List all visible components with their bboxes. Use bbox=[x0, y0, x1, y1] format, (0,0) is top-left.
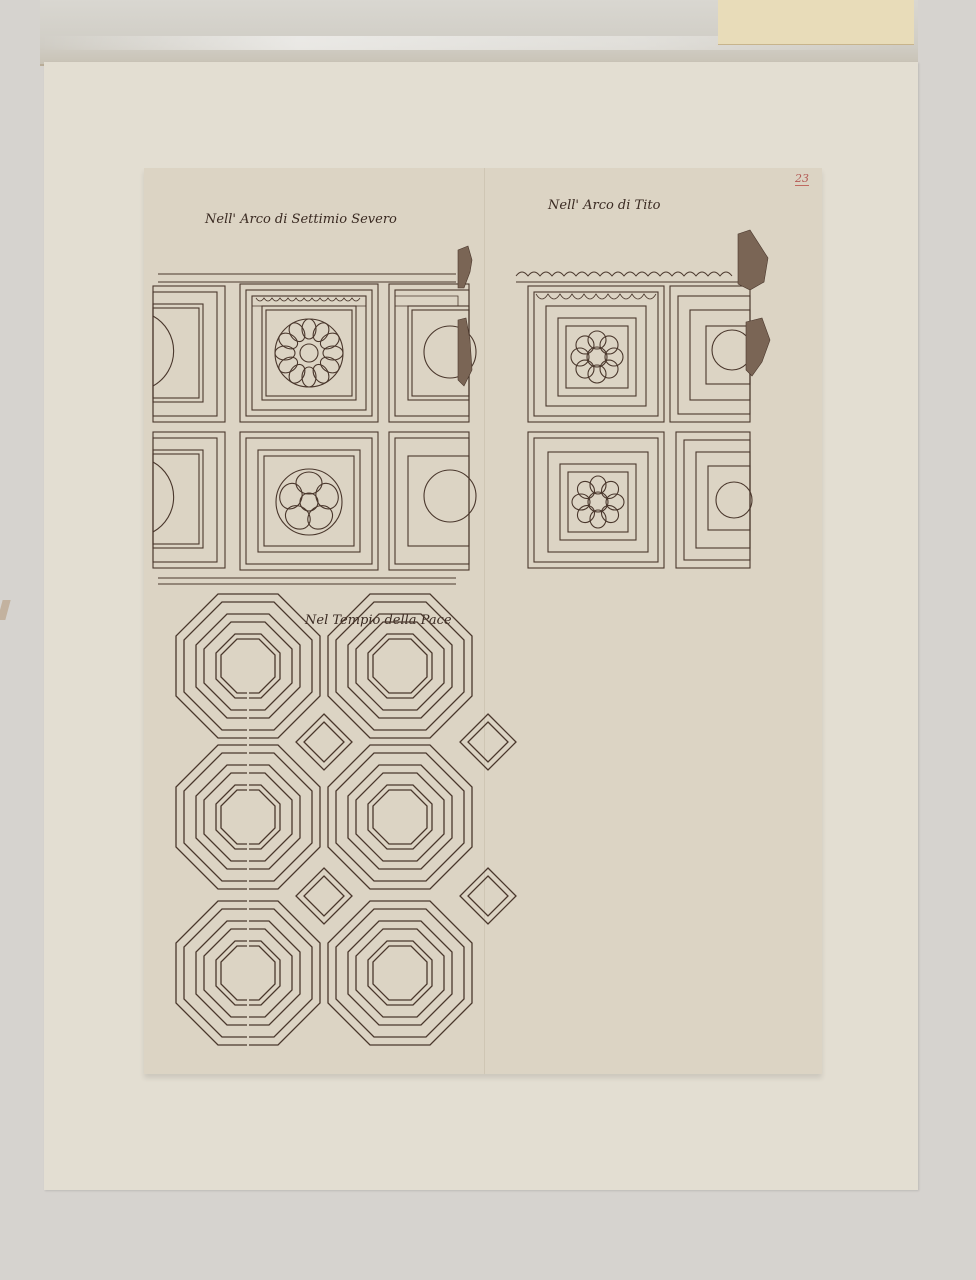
mat-tab bbox=[0, 600, 11, 620]
caption-arco-tito: Nell' Arco di Tito bbox=[548, 198, 660, 213]
drawing-arco-tito bbox=[510, 252, 780, 582]
drawing-arco-settimio-severo bbox=[158, 270, 478, 590]
caption-arco-settimio-severo: Nell' Arco di Settimio Severo bbox=[205, 212, 397, 227]
archive-label bbox=[718, 0, 914, 45]
page-number: 23 bbox=[795, 172, 809, 186]
drawing-tempio-della-pace bbox=[248, 646, 488, 1056]
